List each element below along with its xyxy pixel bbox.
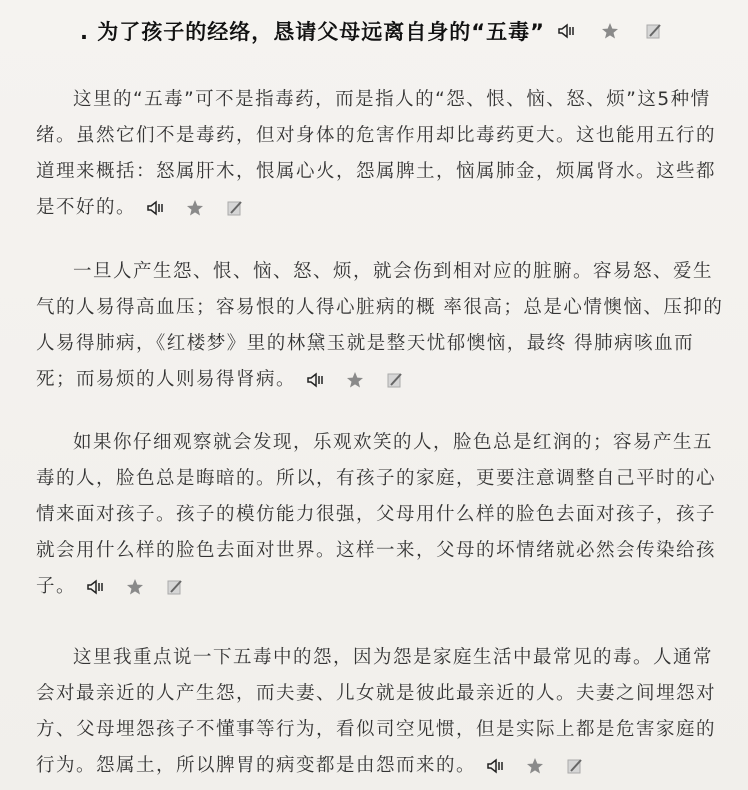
title-actions <box>557 22 663 40</box>
edit-icon[interactable] <box>386 371 404 389</box>
star-icon[interactable] <box>186 199 204 217</box>
edit-icon[interactable] <box>645 22 663 40</box>
paragraph-text: 如果你仔细观察就会发现，乐观欢笑的人，脸色总是红润的；容易产生五毒的人，脸色总是… <box>36 432 716 597</box>
speaker-icon[interactable] <box>486 757 504 775</box>
star-icon[interactable] <box>601 22 619 40</box>
paragraph-actions <box>86 578 184 596</box>
title-text: . 为了孩子的经络，恳请父母远离自身的“五毒” <box>80 16 545 46</box>
edit-icon[interactable] <box>226 199 244 217</box>
article-title: . 为了孩子的经络，恳请父母远离自身的“五毒” <box>80 16 663 46</box>
speaker-icon[interactable] <box>557 22 575 40</box>
paragraph-1: 这里的“五毒”可不是指毒药，而是指人的“怨、恨、恼、怒、烦”这5种情绪。虽然它们… <box>36 82 726 226</box>
paragraph-text: 这里我重点说一下五毒中的怨，因为怨是家庭生活中最常见的毒。人通常会对最亲近的人产… <box>36 647 716 776</box>
edit-icon[interactable] <box>566 757 584 775</box>
star-icon[interactable] <box>526 757 544 775</box>
paragraph-actions <box>486 757 584 775</box>
paragraph-actions <box>146 199 244 217</box>
star-icon[interactable] <box>126 578 144 596</box>
speaker-icon[interactable] <box>306 371 324 389</box>
paragraph-text: 这里的“五毒”可不是指毒药，而是指人的“怨、恨、恼、怒、烦”这5种情绪。虽然它们… <box>36 89 716 218</box>
speaker-icon[interactable] <box>146 199 164 217</box>
edit-icon[interactable] <box>166 578 184 596</box>
paragraph-2: 一旦人产生怨、恨、恼、怒、烦，就会伤到相对应的脏腑。容易怒、爱生气的人易得高血压… <box>36 254 726 398</box>
star-icon[interactable] <box>346 371 364 389</box>
paragraph-3: 如果你仔细观察就会发现，乐观欢笑的人，脸色总是红润的；容易产生五毒的人，脸色总是… <box>36 425 726 605</box>
paragraph-actions <box>306 371 404 389</box>
article-page: . 为了孩子的经络，恳请父母远离自身的“五毒” 这里的“五毒”可不是指毒药，而是… <box>0 0 748 790</box>
paragraph-4: 这里我重点说一下五毒中的怨，因为怨是家庭生活中最常见的毒。人通常会对最亲近的人产… <box>36 640 726 784</box>
speaker-icon[interactable] <box>86 578 104 596</box>
